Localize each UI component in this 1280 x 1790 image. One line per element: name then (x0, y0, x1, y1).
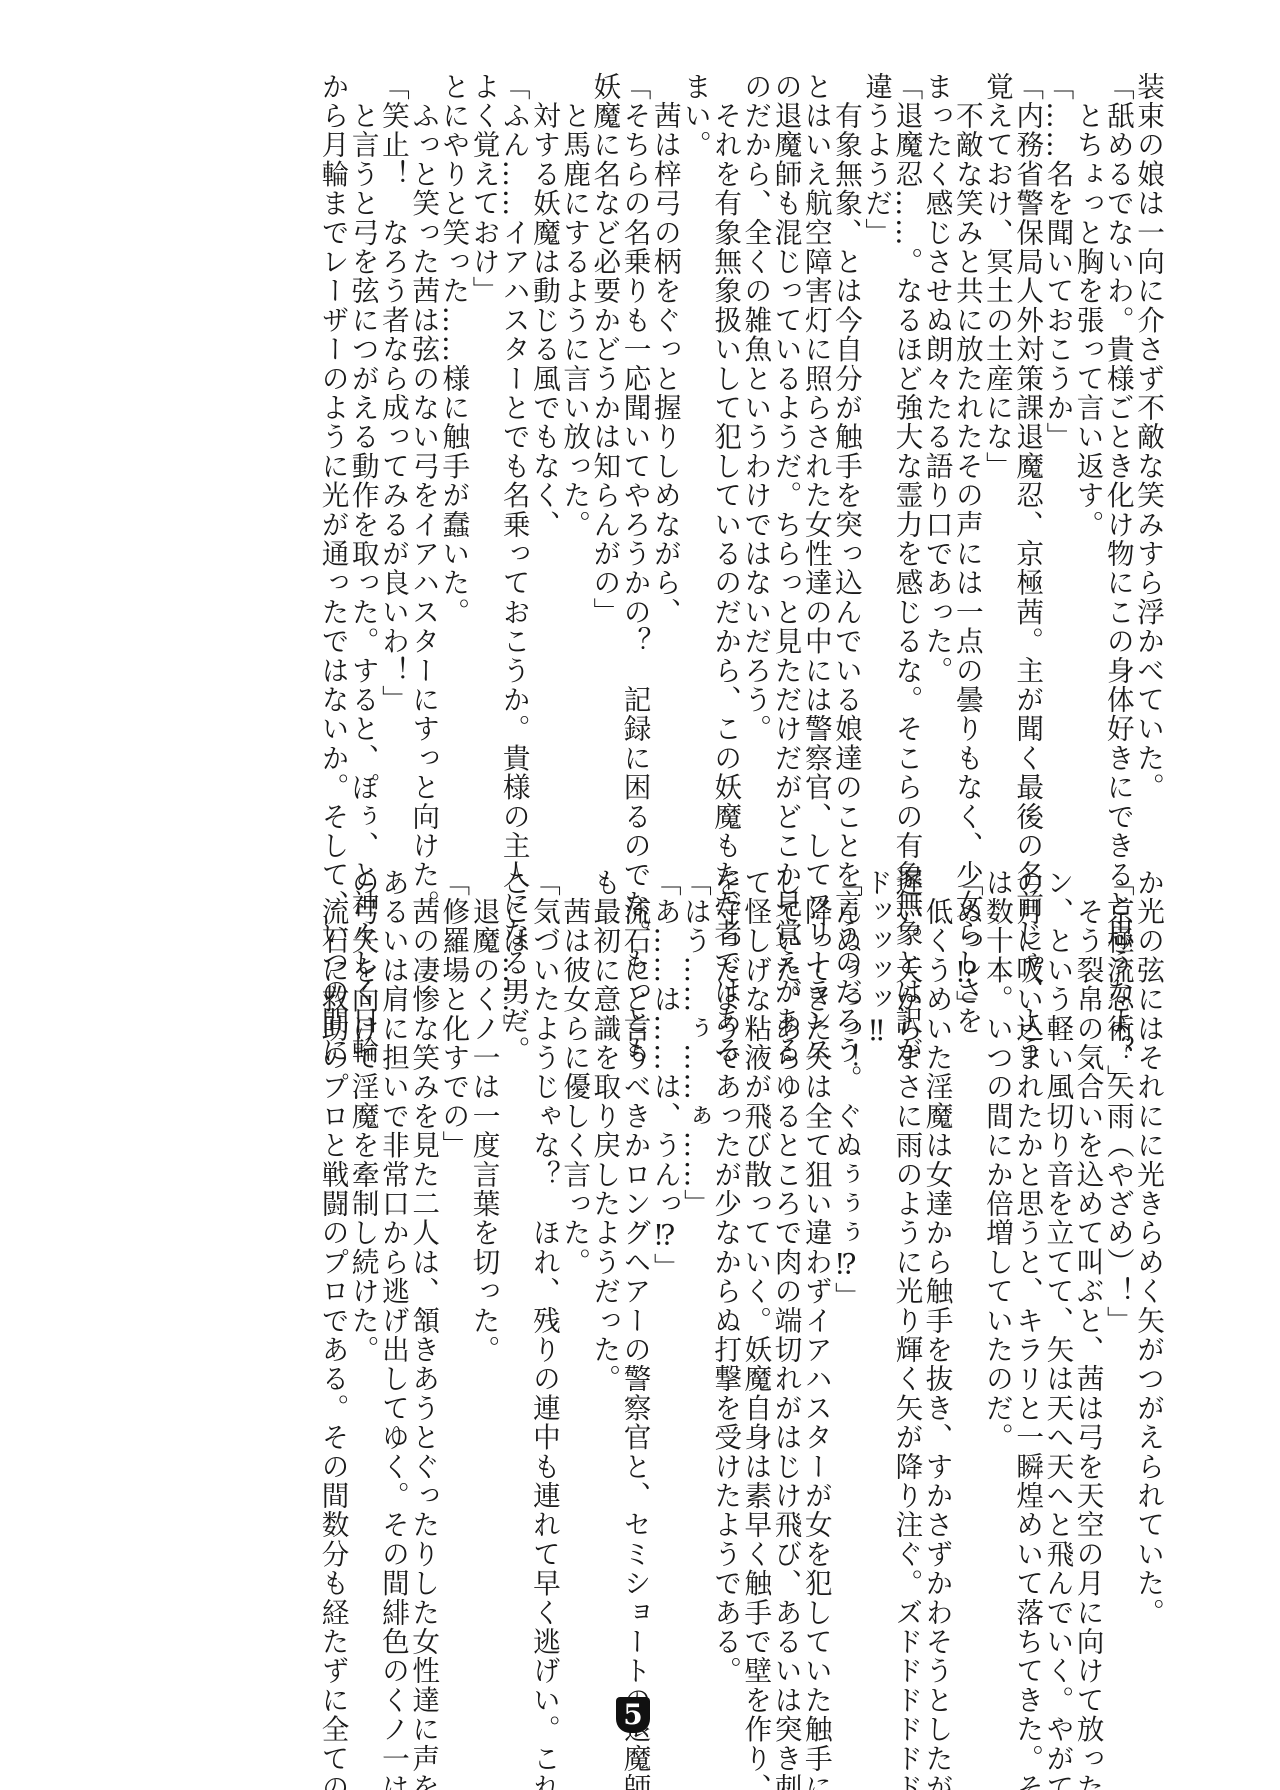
text-line: 有象無象、とは今自分が触手を突っ込んでいる娘達のことを言うのだろう。 (831, 72, 861, 812)
text-line: 「内務省警保局人外対策課退魔忍、京極茜。主が聞く最後の名前じゃ、よう (1012, 72, 1042, 812)
text-line: まったく感じさせぬ朗々たる語り口であった。 (921, 72, 951, 812)
text-line: は数十本。いつの間にか倍増していたのだ。 (982, 868, 1012, 1608)
text-line: 不敵な笑みと共に放たれたその声には一点の曇りもなく、少女らしさを (952, 72, 982, 812)
text-line: 覚えておけ、冥土の土産にな」 (982, 72, 1012, 812)
text-line: の弓矢を向けて淫魔を牽制し続けた。 (348, 868, 378, 1608)
text-line: それを有象無象扱いして犯しているのだから、この妖魔もただ者ではある (710, 72, 740, 812)
text-line: とちょっと胸を張って言い返す。 (1072, 72, 1102, 812)
text-line: の月に吸い込まれたかと思うと、キラリと一瞬煌めいて落ちてきた。その数 (1012, 868, 1042, 1608)
text-line: していた。あらゆるところで肉の端切れがはじけ飛び、あるいは突き刺さっ (770, 868, 800, 1608)
text-line: ここは……」 (499, 868, 529, 1608)
text-line: 「舐めるでないわ。貴様ごとき化け物にこの身体好きにできると思うなよ？」 (1103, 72, 1133, 812)
text-line: から月輪までレーザーのように光が通ったではないか。そして、いつの間に (317, 72, 347, 812)
text-line: とはいえ航空障害灯に照らされた女性達の中には警察官、してフリーランス (801, 72, 831, 812)
text-line: 流石に救助のプロと戦闘のプロである。その間数分も経たずに全ての女性 (317, 868, 347, 1608)
text-line: 流石にと言うべきかロングヘアーの警察官と、セミショートの退魔師が最 (619, 868, 649, 1608)
text-line: か光の弦にはそれにに光きらめく矢がつがえられていた。 (1133, 868, 1163, 1608)
text-line: 妖魔に名など必要かどうかは知らんがの」 (589, 72, 619, 812)
text-line: 低くうめいた淫魔は女達から触手を抜き、すかさずかわそうとしたが、 (921, 868, 951, 1608)
text-line: 退魔のくノ一は一度言葉を切った。 (468, 868, 498, 1608)
text-line: 装束の娘は一向に介さず不敵な笑みすら浮かべていた。 (1133, 72, 1163, 812)
text-line: 違うようだ」 (861, 72, 891, 812)
text-line: とにやりと笑った……様に触手が蠢いた。 (438, 72, 468, 812)
text-line: と馬鹿にするように言い放った。 (559, 72, 589, 812)
text-line: 「退魔忍……。なるほど強大な霊力を感じるな。そこらの有象無象とは訳が (891, 72, 921, 812)
text-line: 遅い。天からまさに雨のように光り輝く矢が降り注ぐ。ズドドドドドド (891, 868, 921, 1608)
text-line: 「修羅場と化すでの」 (438, 868, 468, 1608)
text-line: ドッッッッ‼ (861, 868, 891, 1608)
text-line: と言うと弓を弦につがえる動作を取った。すると、ぽぅ、と神々しく日輪 (348, 72, 378, 812)
text-line: 「ぬっ⁉」 (952, 868, 982, 1608)
text-line: 降ってきた矢は全て狙い違わずイアハスターが女を犯していた触手に命中 (801, 868, 831, 1608)
text-line: も最初に意識を取り戻したようだった。 (589, 868, 619, 1608)
text-line: 「はう……ぅ……ぁ……」 (680, 868, 710, 1608)
text-line: 「京極流忍術、矢雨（やざめ）！」 (1103, 868, 1133, 1608)
text-line: 「笑止！ なろう者なら成ってみるが良いわ！」 (378, 72, 408, 812)
text-line: 「んぬぅっっ！ ぐぬぅぅぅ⁉」 (831, 868, 861, 1608)
text-block-top: 装束の娘は一向に介さず不敵な笑みすら浮かべていた。 「舐めるでないわ。貴様ごとき… (93, 72, 1163, 812)
text-line: そう裂帛の気合いを込めて叫ぶと、茜は弓を天空の月に向けて放った。フォ (1072, 868, 1102, 1608)
text-line: の退魔師も混じっているようだ。ちらっと見ただけだがどこか見覚えがある (770, 72, 800, 812)
text-line: 「あ……は……は、うんっ⁉」 (650, 868, 680, 1608)
text-line: 「気づいたようじゃな？ ほれ、残りの連中も連れて早く逃げい。これから (529, 868, 559, 1608)
text-line: あるいは肩に担いで非常口から逃げ出してゆく。その間緋色のくノ一は金色 (378, 868, 408, 1608)
text-line: を守ったようであったが少なからぬ打撃を受けたようである。 (710, 868, 740, 1608)
text-line: ふっと笑った茜は弦のない弓をイアハスターにすっと向けた。 (408, 72, 438, 812)
text-line: 茜は彼女らに優しく言った。 (559, 868, 589, 1608)
text-line: 対する妖魔は動じる風でもなく、 (529, 72, 559, 812)
text-block-bottom: か光の弦にはそれにに光きらめく矢がつがえられていた。 「京極流忍術、矢雨（やざめ… (93, 868, 1163, 1608)
text-line: 茜は梓弓の柄をぐっと握りしめながら、 (650, 72, 680, 812)
page-number-badge: 5 (616, 1697, 650, 1733)
text-line: て怪しげな粘液が飛び散っていく。妖魔自身は素早く触手で壁を作り、本体 (740, 868, 770, 1608)
text-line: よく覚えておけ」 (468, 72, 498, 812)
text-line: 茜の凄惨な笑みを見た二人は、頷きあうとぐったりした女性達に声をかけ、 (408, 868, 438, 1608)
text-line: ン、という軽い風切り音を立てて、矢は天へ天へと飛んでいく。やがて深遠 (1042, 868, 1072, 1608)
manga-novel-page: 装束の娘は一向に介さず不敵な笑みすら浮かべていた。 「舐めるでないわ。貴様ごとき… (0, 0, 1280, 1790)
text-line: まい。 (680, 72, 710, 812)
text-line: 「そちらの名乗りも一応聞いてやろうかの？ 記録に困るのでな。もっとも (619, 72, 649, 812)
text-line: 「ふん……イアハスターとでも名乗っておこうか。貴様の主人になる男だ。 (499, 72, 529, 812)
text-line: のだから、全くの雑魚というわけではないだろう。 (740, 72, 770, 812)
text-line: 「……名を聞いておこうか」 (1042, 72, 1072, 812)
